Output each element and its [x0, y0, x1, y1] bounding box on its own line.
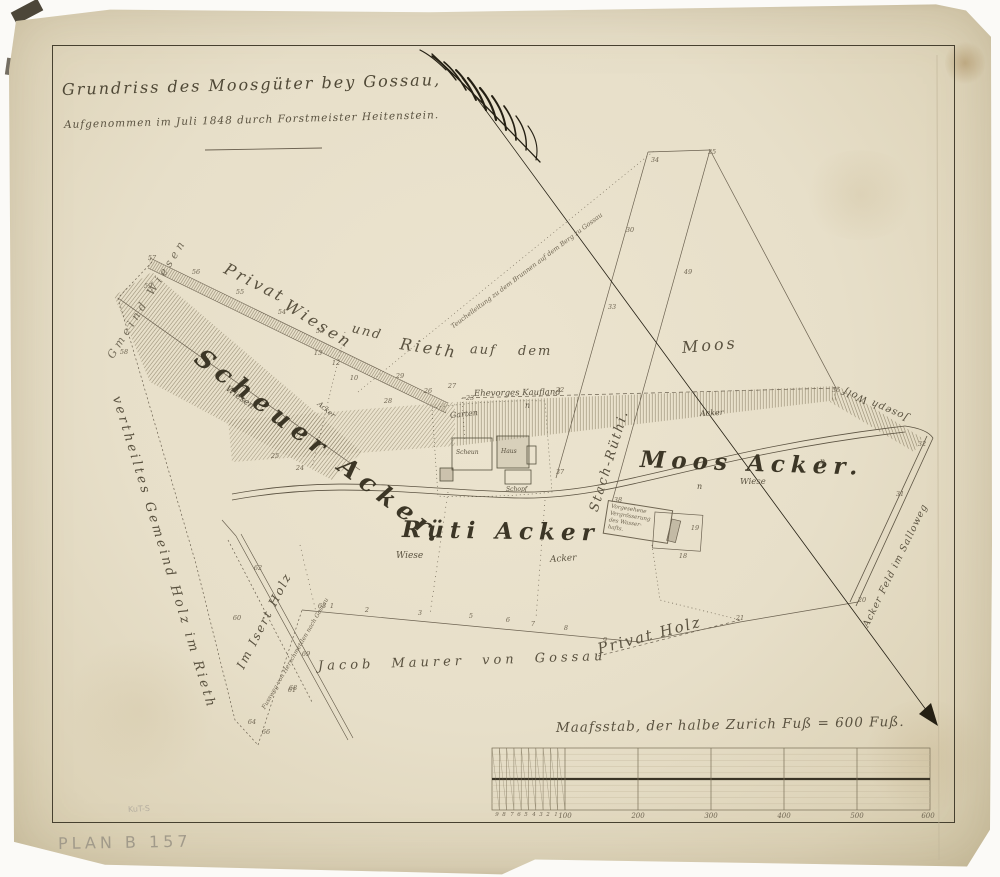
field-rueti-acker-small: Acker: [550, 554, 577, 565]
phrase-moos: Moos: [681, 335, 738, 356]
scheun-label: Scheun: [456, 450, 479, 456]
culture-mark-n: n: [697, 483, 702, 491]
scale-major-label: 300: [704, 812, 717, 820]
scale-minor-label: 3: [539, 812, 543, 818]
scale-minor-label: 7: [510, 812, 514, 818]
haus-label: Haus: [501, 449, 517, 455]
scale-major-label: 100: [558, 812, 571, 820]
field-rueti-wiese: Wiese: [396, 552, 423, 561]
scale-minor-label: 8: [502, 812, 506, 818]
ehevorges-kaufland: Ehevorges Kaufland: [474, 388, 561, 398]
plan-number: PLAN B 157: [58, 834, 192, 852]
scale-bar: [492, 748, 930, 810]
scale-minor-label: 5: [524, 812, 528, 818]
culture-mark-n: n: [525, 402, 530, 410]
map-linework: [0, 0, 1000, 877]
scale-major-label: 600: [921, 812, 934, 820]
field-moos-wiese: Wiese: [740, 478, 766, 487]
scanned-plan: Grundriss des Moosgüter bey Gossau, Aufg…: [0, 0, 1000, 877]
teuchel-line: [358, 150, 655, 392]
field-moos-acker: Moos Acker.: [640, 448, 864, 479]
phrase-dem: dem: [518, 345, 552, 358]
phrase-auf: auf: [470, 343, 498, 357]
schopf-label: Schopf: [506, 487, 527, 493]
scale-major-label: 500: [850, 812, 863, 820]
culture-mark-n: n: [820, 458, 825, 466]
title-underline: [205, 148, 322, 150]
scale-minor-label: 1: [554, 812, 558, 818]
field-moos-acker-small: Acker: [700, 409, 724, 418]
scale-major-label: 400: [777, 812, 790, 820]
scale-minor-label: 6: [517, 812, 521, 818]
pencil-scribble: KuT-S: [128, 805, 150, 814]
scale-minor-label: 9: [495, 812, 499, 818]
paper-crease: [937, 55, 939, 860]
field-rueti-acker: Rüti Acker: [402, 518, 600, 544]
scale-minor-label: 2: [546, 812, 550, 818]
scale-major-label: 200: [631, 812, 644, 820]
scale-minor-label: 4: [532, 812, 536, 818]
